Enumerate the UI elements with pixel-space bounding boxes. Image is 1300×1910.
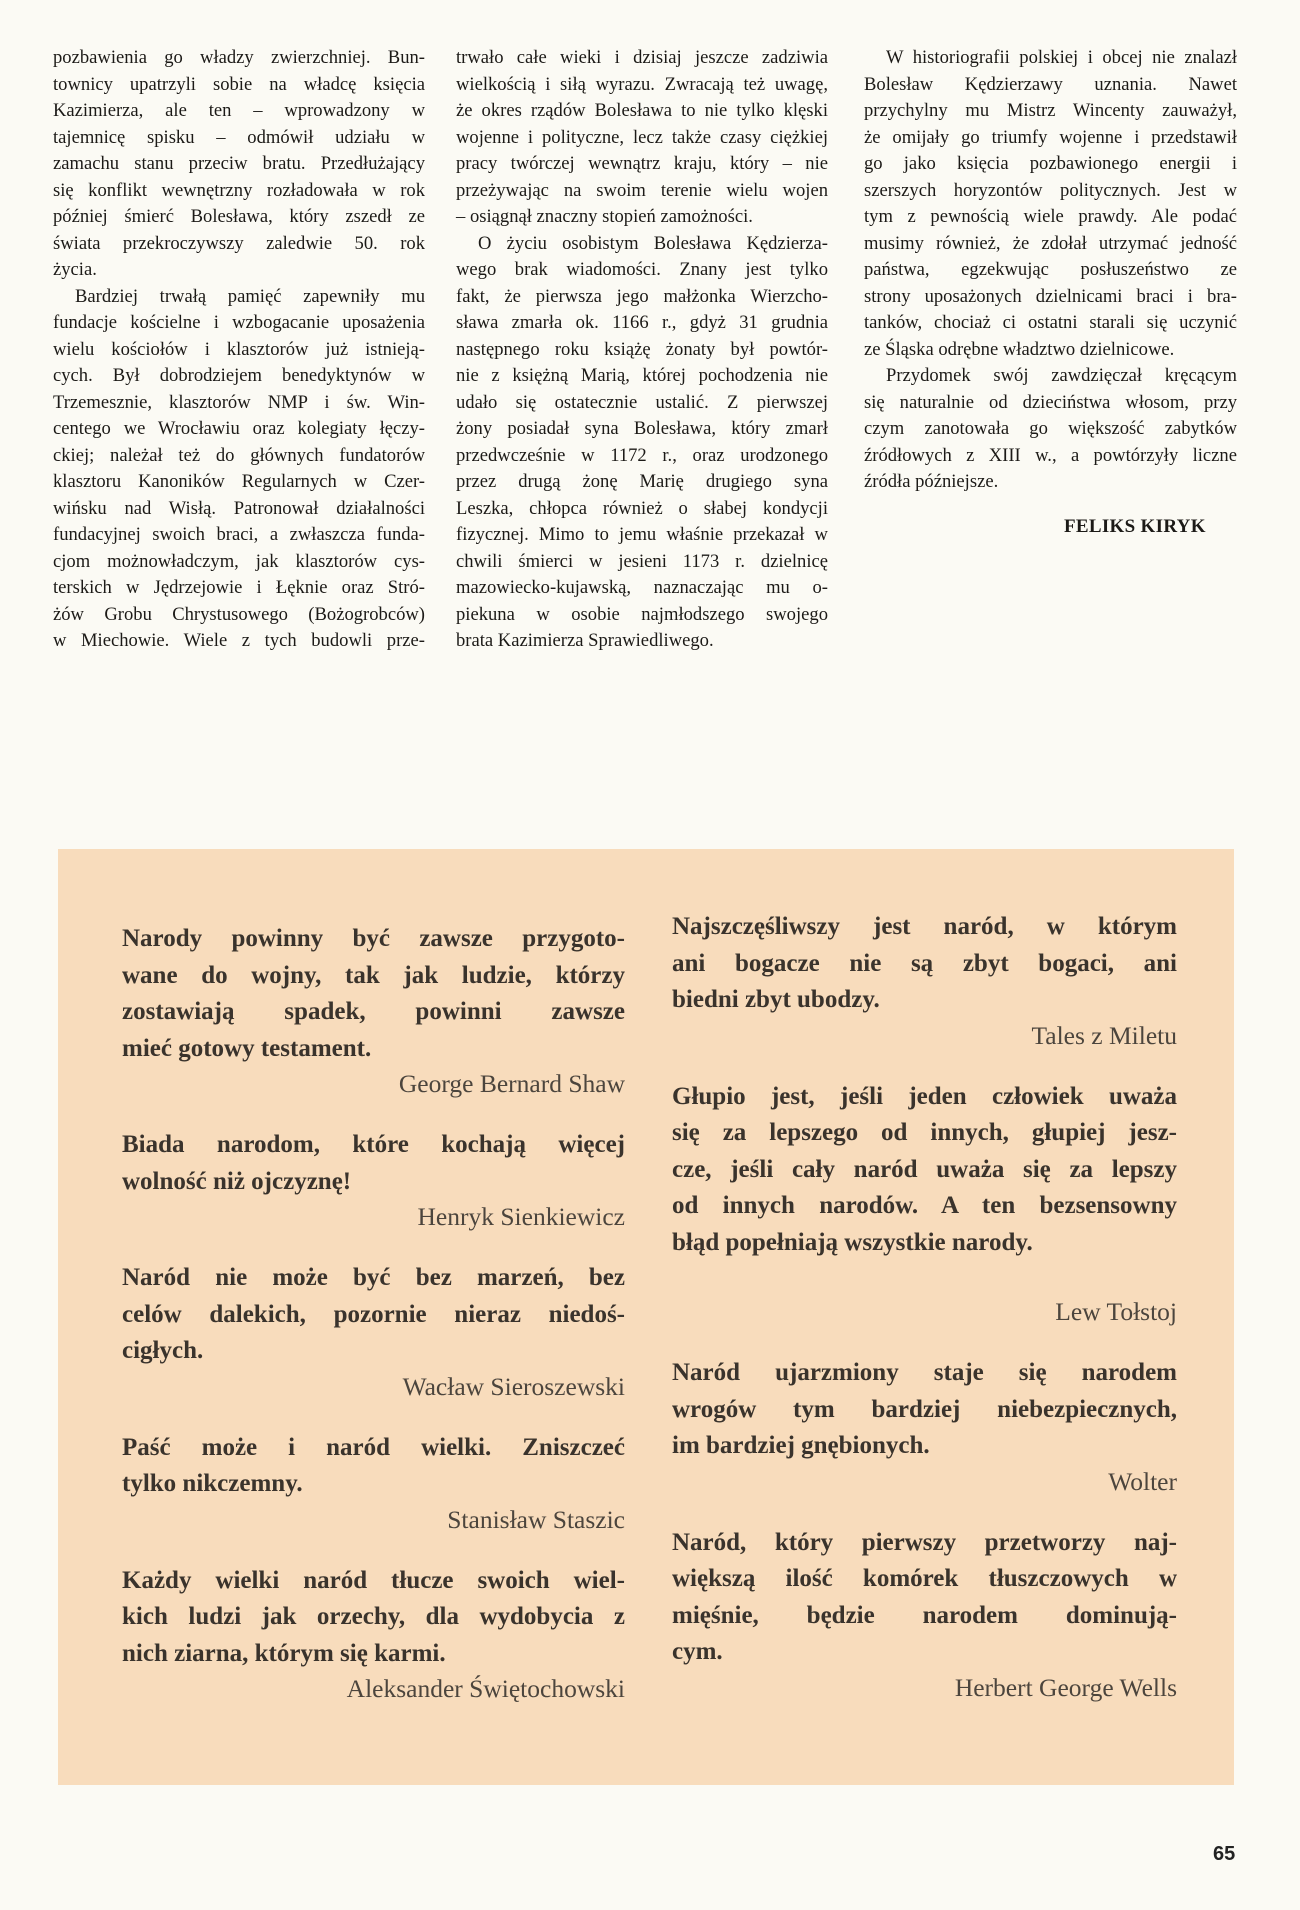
article-author: FELIKS KIRYK [1064, 516, 1206, 538]
text-line: chwili śmierci w jesieni 1173 r. dzielni… [456, 549, 828, 576]
quote: Naród, który pierwszy przetworzy naj-wię… [672, 1525, 1177, 1705]
text-line: pozbawienia go władzy zwierzchniej. Bun- [53, 45, 425, 72]
quote-author: George Bernard Shaw [122, 1067, 625, 1101]
quote-author: Wacław Sieroszewski [122, 1370, 625, 1404]
text-line: się naturalnie od dzieciństwa włosom, pr… [864, 390, 1237, 417]
article-column-2: trwało całe wieki i dzisiaj jeszcze zadz… [456, 45, 828, 655]
quote-text: Biada narodom, które kochają więcejwolno… [122, 1127, 625, 1200]
text-line: W historiografii polskiej i obcej nie zn… [864, 45, 1237, 72]
text-line: szerszych horyzontów politycznych. Jest … [864, 178, 1237, 205]
quote-line: wolność niż ojczyznę! [122, 1164, 625, 1201]
quote-line: Najszczęśliwszy jest naród, w którym [672, 909, 1177, 946]
quote-author: Herbert George Wells [672, 1671, 1177, 1705]
text-line: terskich w Jędrzejowie i Łęknie oraz Str… [53, 575, 425, 602]
text-line: świata przekroczywszy zaledwie 50. rok [53, 231, 425, 258]
quote-author: Lew Tołstoj [672, 1295, 1177, 1329]
text-line: przeżywając na swoim terenie wielu wojen [456, 178, 828, 205]
article-column-1: pozbawienia go władzy zwierzchniej. Bun-… [53, 45, 425, 655]
text-line: fundacje kościelne i wzbogacanie uposaże… [53, 310, 425, 337]
quote-text: Najszczęśliwszy jest naród, w którymani … [672, 909, 1177, 1019]
quote-text: Paść może i naród wielki. Zniszczećtylko… [122, 1430, 625, 1503]
text-line: go jako księcia pozbawionego energii i [864, 151, 1237, 178]
quote-line: błąd popełniają wszystkie narody. [672, 1225, 1177, 1262]
text-line: klasztoru Kanoników Regularnych w Czer- [53, 469, 425, 496]
article-paragraph: pozbawienia go władzy zwierzchniej. Bun-… [53, 45, 425, 284]
quote-line: zostawiają spadek, powinni zawsze [122, 994, 625, 1031]
text-line: Trzemesznie, klasztorów NMP i św. Win- [53, 390, 425, 417]
text-line: wielkością i siłą wyrazu. Zwracają też u… [456, 72, 828, 99]
text-line: że omijały go triumfy wojenne i przedsta… [864, 125, 1237, 152]
text-line: czym zanotowała go większość zabytków [864, 416, 1237, 443]
text-line: tanków, chociaż ci ostatni starali się u… [864, 310, 1237, 337]
article-paragraph: Przydomek swój zawdzięczał kręcącymsię n… [864, 363, 1237, 496]
quote-author: Aleksander Świętochowski [122, 1672, 625, 1706]
article-paragraph: O życiu osobistym Bolesława Kędzierza-we… [456, 231, 828, 655]
quote-author: Henryk Sienkiewicz [122, 1200, 625, 1234]
text-line: pracy twórczej wewnątrz kraju, który – n… [456, 151, 828, 178]
quote-line: wane do wojny, tak jak ludzie, którzy [122, 958, 625, 995]
quote-text: Naród ujarzmiony staje się narodemwrogów… [672, 1355, 1177, 1465]
text-line: Leszka, chłopca również o słabej kondycj… [456, 496, 828, 523]
quote-line: cigłych. [122, 1333, 625, 1370]
quote-line: tylko nikczemny. [122, 1466, 625, 1503]
quote-line: Naród, który pierwszy przetworzy naj- [672, 1525, 1177, 1562]
text-line: Bardziej trwałą pamięć zapewniły mu [53, 284, 425, 311]
text-line: życia. [53, 257, 425, 284]
text-line: Bolesław Kędzierzawy uznania. Nawet [864, 72, 1237, 99]
quote-line: Paść może i naród wielki. Zniszczeć [122, 1430, 625, 1467]
text-line: ze Śląska odrębne władztwo dzielnicowe. [864, 337, 1237, 364]
quote-text: Każdy wielki naród tłucze swoich wiel-ki… [122, 1563, 625, 1673]
quote-line: nich ziarna, którym się karmi. [122, 1636, 625, 1673]
text-line: żów Grobu Chrystusowego (Bożogrobców) [53, 602, 425, 629]
quotes-column-left: Narody powinny być zawsze przygoto-wane … [122, 921, 625, 1732]
text-line: Kazimierza, ale ten – wprowadzony w [53, 98, 425, 125]
text-line: się konflikt wewnętrzny rozładowała w ro… [53, 178, 425, 205]
text-line: cych. Był dobrodziejem benedyktynów w [53, 363, 425, 390]
text-line: musimy również, że zdołał utrzymać jedno… [864, 231, 1237, 258]
quote-text: Naród nie może być bez marzeń, bezcelów … [122, 1260, 625, 1370]
quote-line: Każdy wielki naród tłucze swoich wiel- [122, 1563, 625, 1600]
quote-author: Stanisław Staszic [122, 1503, 625, 1537]
text-line: nie z księżną Marią, której pochodzenia … [456, 363, 828, 390]
text-line: wińsku nad Wisłą. Patronował działalnośc… [53, 496, 425, 523]
quote: Każdy wielki naród tłucze swoich wiel-ki… [122, 1563, 625, 1707]
text-line: tajemnicę spisku – odmówił udziału w [53, 125, 425, 152]
quotes-box: Narody powinny być zawsze przygoto-wane … [58, 849, 1234, 1785]
quote-line: mieć gotowy testament. [122, 1031, 625, 1068]
quote: Biada narodom, które kochają więcejwolno… [122, 1127, 625, 1234]
text-line: wego brak wiadomości. Znany jest tylko [456, 257, 828, 284]
quote-text: Głupio jest, jeśli jeden człowiek uważas… [672, 1079, 1177, 1262]
quote-line: celów dalekich, pozornie nieraz niedoś- [122, 1297, 625, 1334]
quote: Naród nie może być bez marzeń, bezcelów … [122, 1260, 625, 1404]
text-line: przychylny mu Mistrz Wincenty zauważył, [864, 98, 1237, 125]
text-line: żony posiadał syna Bolesława, który zmar… [456, 416, 828, 443]
text-line: O życiu osobistym Bolesława Kędzierza- [456, 231, 828, 258]
quote-text: Narody powinny być zawsze przygoto-wane … [122, 921, 625, 1067]
text-line: zamachu stanu przeciw bratu. Przedłużają… [53, 151, 425, 178]
text-line: fakt, że pierwsza jego małżonka Wierzcho… [456, 284, 828, 311]
quote-line: im bardziej gnębionych. [672, 1428, 1177, 1465]
article-paragraph: trwało całe wieki i dzisiaj jeszcze zadz… [456, 45, 828, 231]
text-line: strony uposażonych dzielnicami braci i b… [864, 284, 1237, 311]
text-line: wojenne i polityczne, lecz także czasy c… [456, 125, 828, 152]
text-line: mazowiecko-kujawską, naznaczając mu o- [456, 575, 828, 602]
quote-line: większą ilość komórek tłuszczowych w [672, 1561, 1177, 1598]
text-line: przedwcześnie w 1172 r., oraz urodzonego [456, 443, 828, 470]
quote: Naród ujarzmiony staje się narodemwrogów… [672, 1355, 1177, 1499]
quote: Głupio jest, jeśli jeden człowiek uważas… [672, 1079, 1177, 1330]
article-column-3: W historiografii polskiej i obcej nie zn… [864, 45, 1237, 496]
quote-line: Biada narodom, które kochają więcej [122, 1127, 625, 1164]
quote-line: cym. [672, 1634, 1177, 1671]
quote-line: biedni zbyt ubodzy. [672, 982, 1177, 1019]
text-line: fundacyjnej swoich braci, a zwłaszcza fu… [53, 522, 425, 549]
text-line: tym z pewnością wiele prawdy. Ale podać [864, 204, 1237, 231]
text-line: fizycznej. Mimo to jemu właśnie przekaza… [456, 522, 828, 549]
quote-line: Narody powinny być zawsze przygoto- [122, 921, 625, 958]
quote-line: ani bogacze nie są zbyt bogaci, ani [672, 946, 1177, 983]
text-line: centego we Wrocławiu oraz kolegiaty łęcz… [53, 416, 425, 443]
text-line: że okres rządów Bolesława to nie tylko k… [456, 98, 828, 125]
text-line: następnego roku książę żonaty był powtór… [456, 337, 828, 364]
text-line: źródła późniejsze. [864, 469, 1237, 496]
quote-line: od innych narodów. A ten bezsensowny [672, 1188, 1177, 1225]
quote: Narody powinny być zawsze przygoto-wane … [122, 921, 625, 1101]
quote-author: Tales z Miletu [672, 1019, 1177, 1053]
text-line: piekuna w osobie najmłodszego swojego [456, 602, 828, 629]
article-paragraph: W historiografii polskiej i obcej nie zn… [864, 45, 1237, 363]
quote-line: cze, jeśli cały naród uważa się za lepsz… [672, 1152, 1177, 1189]
quote-line: Naród nie może być bez marzeń, bez [122, 1260, 625, 1297]
quote: Paść może i naród wielki. Zniszczećtylko… [122, 1430, 625, 1537]
text-line: później śmierć Bolesława, który zszedł z… [53, 204, 425, 231]
quote-line: wrogów tym bardziej niebezpiecznych, [672, 1392, 1177, 1429]
quotes-column-right: Najszczęśliwszy jest naród, w którymani … [672, 909, 1177, 1731]
page-number: 65 [1213, 1843, 1235, 1866]
quote-line: Głupio jest, jeśli jeden człowiek uważa [672, 1079, 1177, 1116]
quote-line: się za lepszego od innych, głupiej jesz- [672, 1115, 1177, 1152]
quote-line: mięśnie, będzie narodem dominują- [672, 1598, 1177, 1635]
text-line: przez drugą żonę Marię drugiego syna [456, 469, 828, 496]
quote: Najszczęśliwszy jest naród, w którymani … [672, 909, 1177, 1053]
text-line: Przydomek swój zawdzięczał kręcącym [864, 363, 1237, 390]
article-paragraph: Bardziej trwałą pamięć zapewniły mufunda… [53, 284, 425, 655]
quote-text: Naród, który pierwszy przetworzy naj-wię… [672, 1525, 1177, 1671]
quote-author: Wolter [672, 1465, 1177, 1499]
text-line: – osiągnął znaczny stopień zamożności. [456, 204, 828, 231]
text-line: trwało całe wieki i dzisiaj jeszcze zadz… [456, 45, 828, 72]
text-line: ckiej; należał też do głównych fundatoró… [53, 443, 425, 470]
text-line: brata Kazimierza Sprawiedliwego. [456, 628, 828, 655]
text-line: wielu kościołów i klasztorów już istniej… [53, 337, 425, 364]
quote-line: kich ludzi jak orzechy, dla wydobycia z [122, 1599, 625, 1636]
text-line: państwa, egzekwując posłuszeństwo ze [864, 257, 1237, 284]
text-line: sława zmarła ok. 1166 r., gdyż 31 grudni… [456, 310, 828, 337]
text-line: cjom możnowładczym, jak klasztorów cys- [53, 549, 425, 576]
text-line: townicy upatrzyli sobie na władcę księci… [53, 72, 425, 99]
text-line: udało się ostatecznie ustalić. Z pierwsz… [456, 390, 828, 417]
quote-line: Naród ujarzmiony staje się narodem [672, 1355, 1177, 1392]
text-line: w Miechowie. Wiele z tych budowli prze- [53, 628, 425, 655]
text-line: źródłowych z XIII w., a powtórzyły liczn… [864, 443, 1237, 470]
